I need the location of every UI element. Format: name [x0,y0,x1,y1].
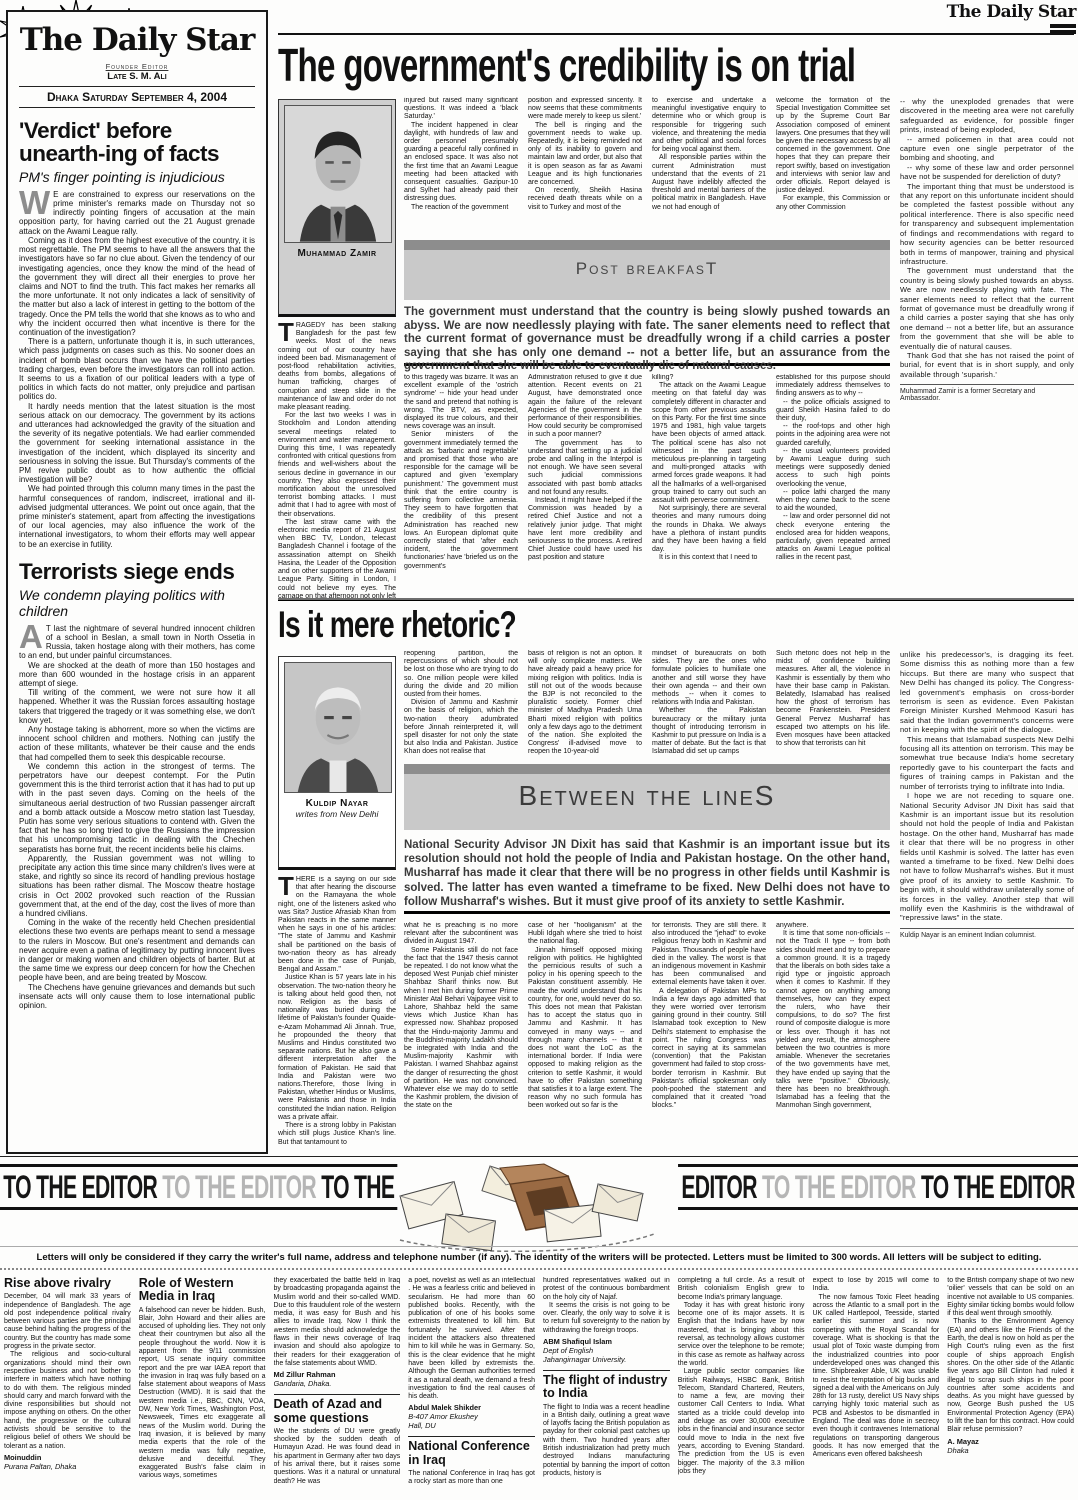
letters-section: Rise above rivalryDecember, 04 will mark… [4,1277,1074,1500]
dotted-rule [0,1268,1078,1270]
letter-column: they exacerbated the battle field in Ira… [274,1277,401,1500]
banner-word: TO THE EDITOR [762,1169,916,1205]
editorial-heading: Terrorists siege ends [19,561,255,584]
corner-logo: The Daily Star [946,2,1076,34]
to-the-editor-banner-left: TO THE EDITOR TO THE EDITOR TO THE [0,1164,398,1210]
editorial-verdict: 'Verdict' before unearth-ing of facts PM… [19,120,255,549]
zamir-column-2-bottom: to this tragedy was bizarre. It was an e… [404,374,518,596]
letter-column: expect to lose by 2015 will come to Indi… [813,1277,940,1500]
letter-column: a poet, novelist as well as an intellect… [408,1277,535,1500]
post-breakfast-banner: Post breakfasT [404,240,890,300]
nayar-column-2-top: reopening partition, the repercussions o… [404,650,518,762]
section-divider [278,598,1074,601]
nayar-column-4-top: mindset of bureaucrats on both sides. Th… [652,650,766,762]
zamir-column-2-top: injured but raised many significant ques… [404,97,518,238]
nayar-column-5-bottom: anywhere.It is time that some non-offici… [776,922,890,1158]
envelopes-icon [392,1162,662,1252]
nayar-column-2-bottom: what he is preaching is no more relevant… [404,922,518,1158]
nayar-column-5-top: Such rhetoric does not help in the midst… [776,650,890,762]
founder-editor-name: Late S. M. Ali [19,71,255,82]
editorial-column: The Daily Star Founder Editor Late S. M.… [6,10,268,1154]
zamir-column-3-top: position and expressed sincerity. It now… [528,97,642,238]
portrait-photo-icon [284,662,392,793]
nayar-pull-quote: National Security Advisor JN Dixit has s… [404,838,890,914]
banner-word: EDITOR [681,1169,756,1205]
editorial-siege: Terrorists siege ends We condemn playing… [19,561,255,1010]
banner-strip [404,764,890,774]
masthead-logo: The Daily Star [19,22,255,58]
zamir-column-1: TRAGEDY has been stalking Bangladesh for… [278,322,396,598]
letter-column: Role of Western Media in IraqA falsehood… [139,1277,266,1500]
zamir-column-5-bottom: established for this purpose should imme… [776,374,890,596]
zamir-column-4-top: to exercise and undertake a meaningful i… [652,97,766,238]
letter-column: Rise above rivalryDecember, 04 will mark… [4,1277,131,1500]
main-headline: The government's credibility is on trial [278,38,1070,92]
zamir-column-5-top: welcome the formation of the Special Inv… [776,97,890,238]
nayar-byline-origin: writes from New Delhi [284,809,390,819]
rhetoric-headline: Is it mere rhetoric? [278,604,734,646]
zamir-column-4-bottom: killing?The attack on the Awami League m… [652,374,766,596]
portrait-photo-icon [284,105,392,243]
editorial-body: WE are constrained to express our reserv… [19,190,255,549]
editorial-subhead: PM's finger pointing is injudicious [19,169,255,185]
nayar-column-3-top: basis of religion is not an option. It w… [528,650,642,762]
post-breakfast-label: Post breakfasT [404,259,890,279]
editorial-heading: 'Verdict' before unearth-ing of facts [19,120,255,166]
between-the-lines-label: Between the lineS [404,780,890,812]
letter-column: to the British company shape of two new … [947,1277,1074,1500]
dateline: Dhaka Saturday September 4, 2004 [19,86,255,108]
nayar-column-3-bottom: case of her "hooliganism" at the Hubli I… [528,922,642,1158]
nayar-column-4-bottom: for terrorists. They are still there. It… [652,922,766,1158]
nayar-column-6: unlike his predecessor's, is dragging it… [900,650,1074,1155]
zamir-pull-quote: The government must understand that the … [404,306,890,366]
zamir-byline: Muhammad Zamir [284,243,390,259]
banner-word: TO THE EDITOR [921,1169,1075,1205]
zamir-author-note: Muhammad Zamir is a former Secretary and… [900,384,1074,402]
letters-divider [0,1156,1078,1157]
nayar-column-1: THERE is a saying on our side that after… [278,876,396,1158]
founder-editor-label: Founder Editor [19,62,255,71]
letter-column: completing a full circle. As a result of… [678,1277,805,1500]
banner-strip [404,240,890,250]
to-the-editor-banner-right: EDITOR TO THE EDITOR TO THE EDITOR [678,1164,1078,1210]
zamir-column-6-text: -- why the unexploded grenades that were… [900,97,1074,379]
banner-word: TO THE EDITOR [3,1169,157,1205]
masthead: The Daily Star Founder Editor Late S. M.… [19,22,255,108]
top-rule [278,33,1074,35]
editorial-body: AT last the nightmare of several hundred… [19,624,255,1011]
banner-word: TO THE [321,1169,394,1205]
nayar-byline: Kuldip Nayar [284,793,390,809]
zamir-column-3-bottom: Administration refused to give it due at… [528,374,642,596]
between-the-lines-banner: Between the lineS [404,764,890,830]
nayar-portrait: Kuldip Nayar writes from New Delhi [278,656,396,870]
letter-column: hundred representatives walked out in pr… [543,1277,670,1500]
zamir-column-6: -- why the unexploded grenades that were… [900,97,1074,567]
nayar-author-note: Kuldip Nayar is an eminent Indian column… [900,928,1074,939]
zamir-portrait: Muhammad Zamir [278,99,396,317]
banner-word: TO THE EDITOR [162,1169,316,1205]
nayar-column-6-text: unlike his predecessor's, is dragging it… [900,650,1074,923]
editorial-subhead: We condemn playing politics with childre… [19,587,255,619]
corner-logo-text: The Daily Star [946,2,1076,22]
letters-notice: Letters will only be considered if they … [0,1246,1078,1263]
